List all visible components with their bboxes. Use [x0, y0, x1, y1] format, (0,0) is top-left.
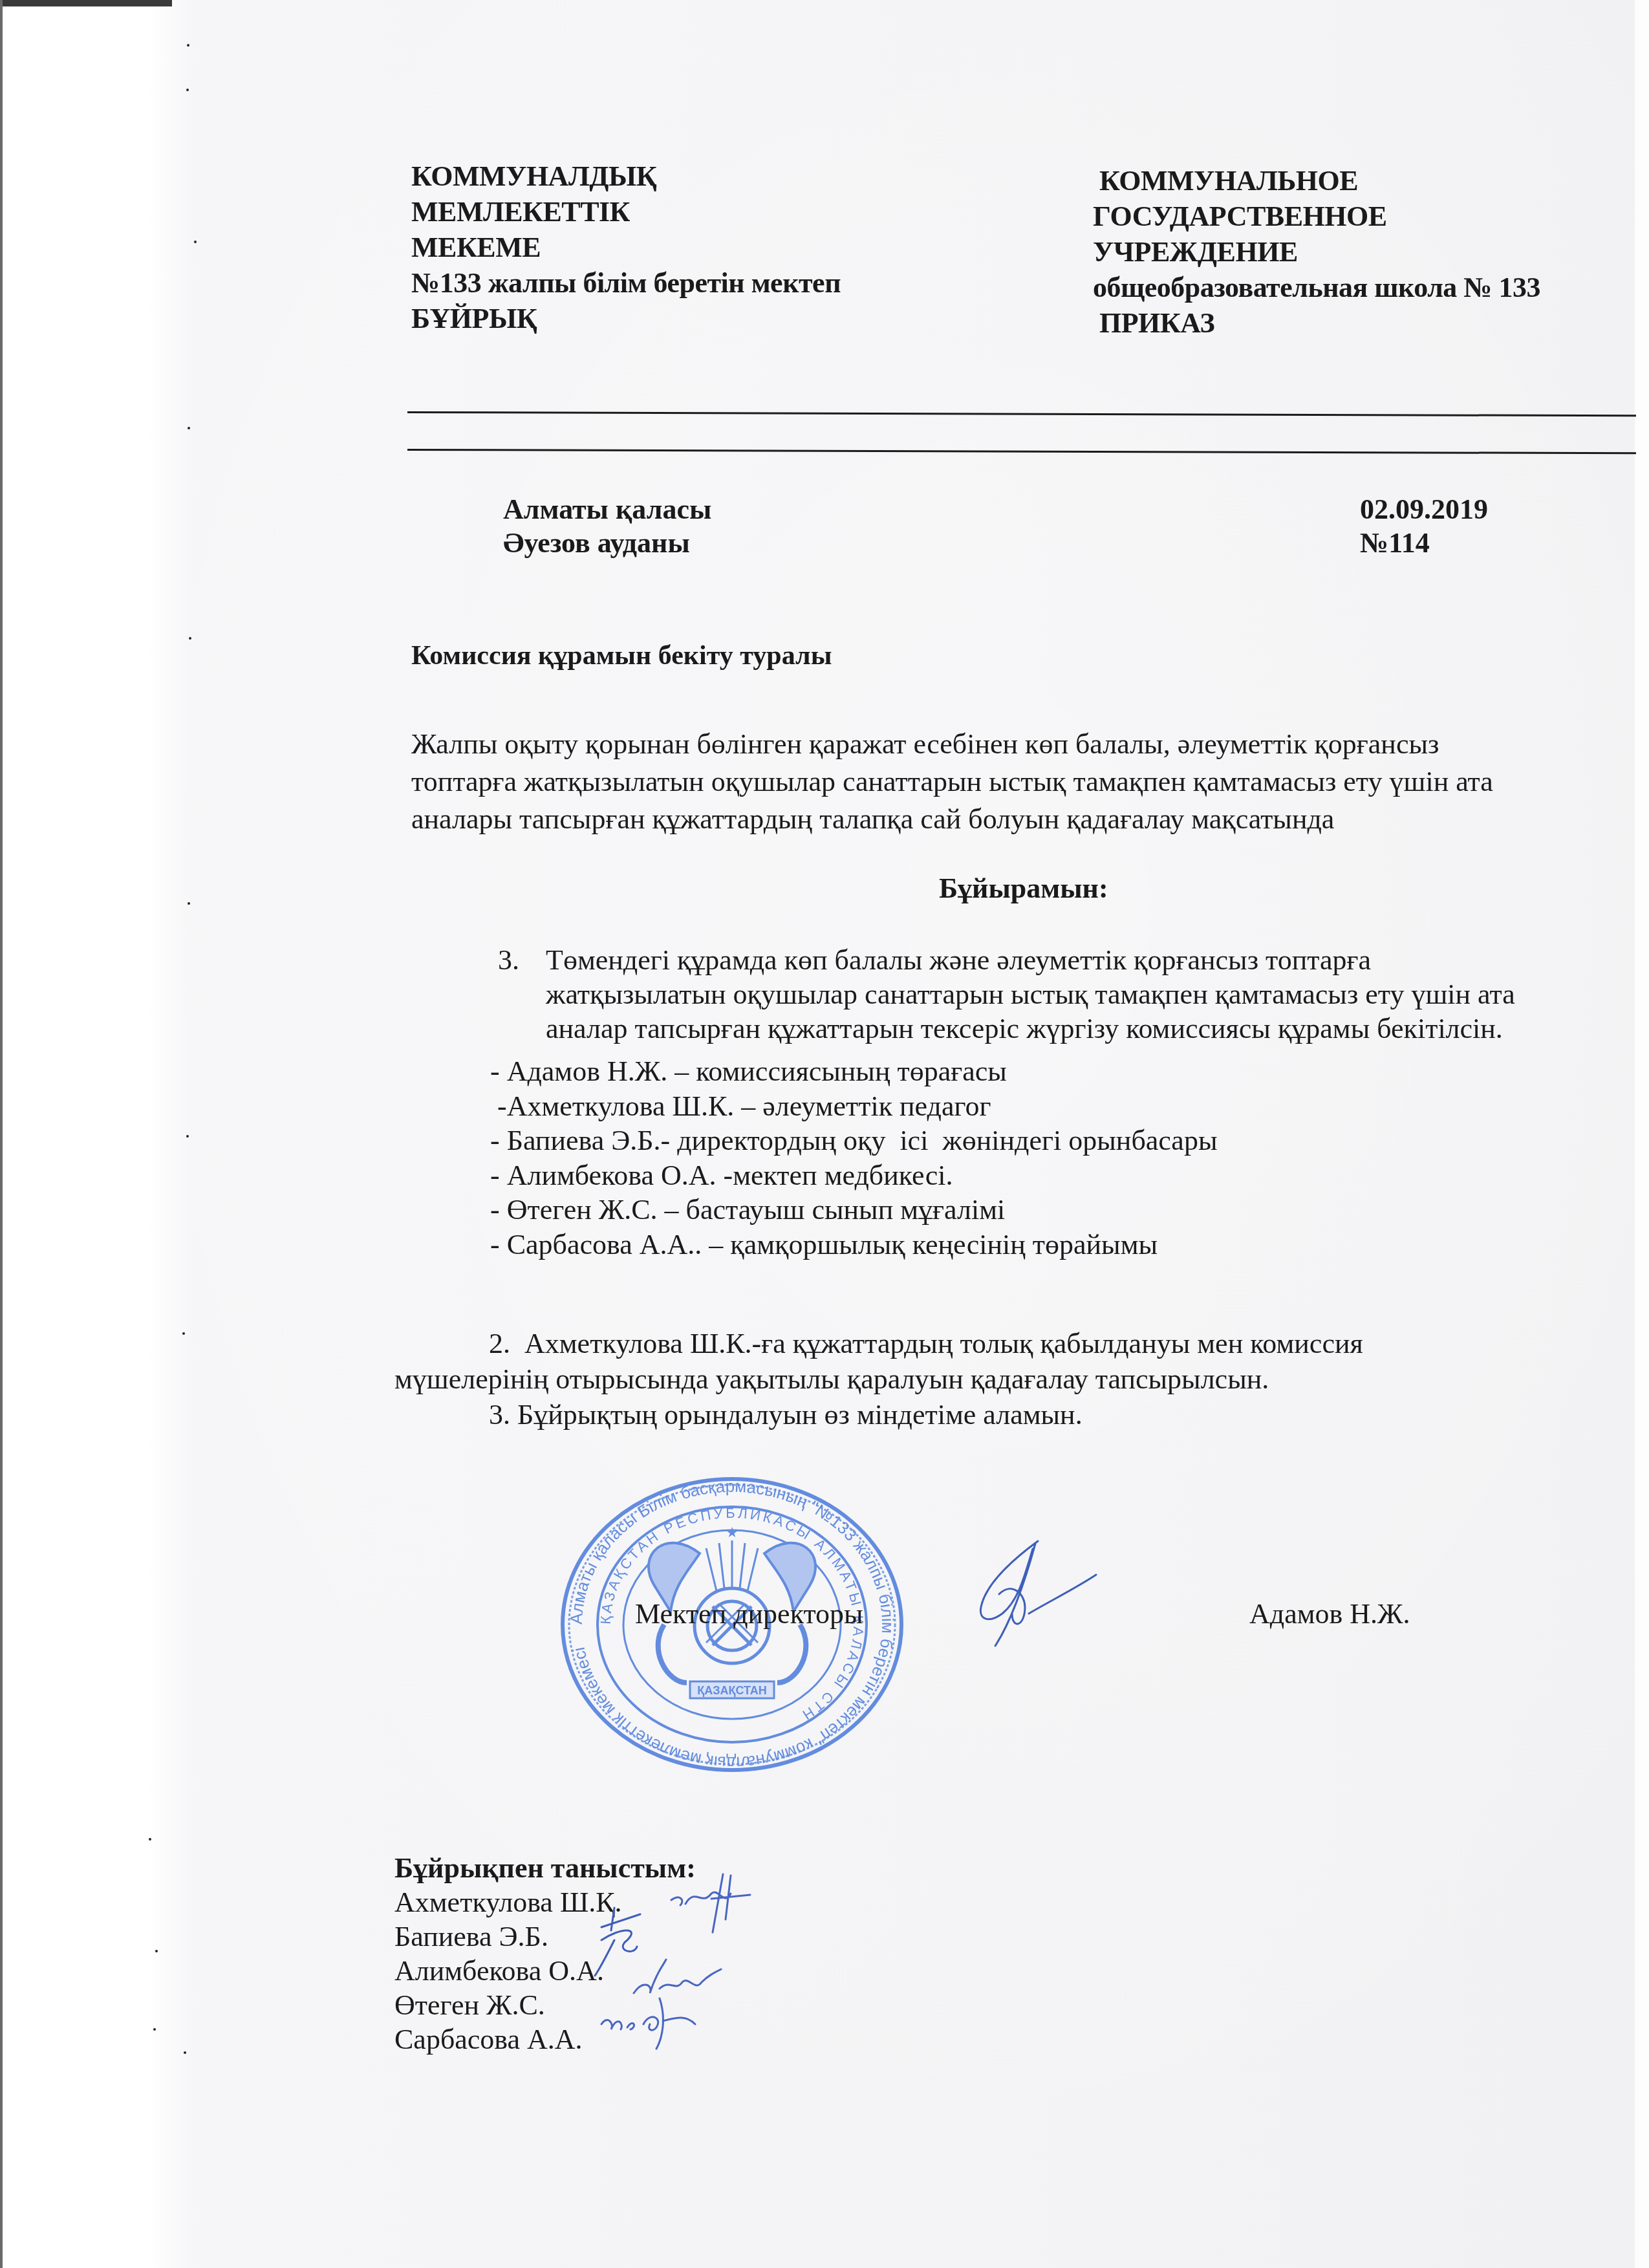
commission-members: - Адамов Н.Ж. – комиссиясының төрағасы -… [490, 1054, 1217, 1262]
scan-speck [186, 1135, 189, 1138]
header-ru-line: УЧРЕЖДЕНИЕ [1093, 234, 1540, 270]
district: Әуезов ауданы [503, 526, 711, 560]
header-kazakh: КОММУНАЛДЫҚ МЕМЛЕКЕТТІК МЕКЕМЕ №133 жалп… [411, 158, 841, 336]
header-kz-line: МЕКЕМЕ [411, 230, 841, 265]
header-ru-line: ГОСУДАРСТВЕННОЕ [1093, 199, 1540, 234]
place-block: Алматы қаласы Әуезов ауданы [503, 493, 711, 560]
order-item-commission: 3. Төмендегі құрамда көп балалы және әле… [498, 943, 1515, 1046]
scan-speck [187, 44, 189, 47]
scan-corner-shadow [0, 0, 172, 6]
header-kz-line: БҰЙРЫҚ [411, 301, 841, 336]
header-ru-line: ПРИКАЗ [1093, 305, 1540, 341]
header-kz-line: КОММУНАЛДЫҚ [411, 158, 841, 194]
item-3-line: 3. Бұйрықтың орындалуын өз міндетіме ала… [394, 1397, 1363, 1432]
order-date: 02.09.2019 [1360, 493, 1488, 526]
scan-speck [189, 637, 191, 640]
scan-speck [184, 2051, 186, 2054]
scan-speck [182, 1332, 185, 1335]
preamble-line: топтарға жатқызылатын оқушылар санаттары… [411, 763, 1493, 801]
scan-edge-right [1635, 0, 1649, 2268]
signatory-role: Мектеп директоры [635, 1597, 863, 1630]
header-russian: КОММУНАЛЬНОЕ ГОСУДАРСТВЕННОЕ УЧРЕЖДЕНИЕ … [1093, 163, 1540, 341]
member-item: - Сарбасова А.А.. – қамқоршылық кеңесіні… [490, 1227, 1217, 1262]
acknowledgement-title: Бұйрықпен таныстым: [394, 1851, 696, 1885]
signatory-name: Адамов Н.Ж. [1249, 1597, 1410, 1630]
scan-speck [188, 427, 190, 429]
member-item: - Алимбекова О.А. -мектеп медбикесі. [490, 1158, 1217, 1193]
city: Алматы қаласы [503, 493, 711, 526]
scan-speck [188, 902, 190, 905]
preamble-line: аналары тапсырған құжаттардың талапқа са… [411, 801, 1493, 838]
item-line: жатқызылатын оқушылар санаттарын ыстық т… [546, 977, 1515, 1011]
header-ru-line: общеобразовательная школа № 133 [1093, 270, 1540, 305]
item-line: Төмендегі құрамда көп балалы және әлеуме… [546, 943, 1515, 977]
item-line: аналар тапсырған құжаттарын тексеріс жүр… [546, 1011, 1515, 1046]
director-signature-icon [973, 1536, 1167, 1665]
svg-text:★: ★ [726, 1524, 738, 1540]
member-item: - Өтеген Ж.С. – бастауыш сынып мұғалімі [490, 1193, 1217, 1227]
preamble: Жалпы оқыту қорынан бөлінген қаражат есе… [411, 726, 1493, 838]
member-item: -Ахметкулова Ш.К. – әлеуметтік педагог [490, 1089, 1217, 1124]
order-meta: 02.09.2019 №114 [1360, 493, 1488, 560]
svg-text:ҚАЗАҚСТАН: ҚАЗАҚСТАН [697, 1684, 767, 1697]
scan-speck [153, 2028, 156, 2031]
order-number: №114 [1360, 526, 1488, 560]
scan-speck [186, 89, 189, 91]
item-2-line: 2. Ахметкулова Ш.К.-ға құжаттардың толық… [394, 1326, 1363, 1361]
header-kz-line: №133 жалпы білім беретін мектеп [411, 265, 841, 301]
member-item: - Бапиева Э.Б.- директордың оқу ісі жөні… [490, 1123, 1217, 1158]
signature-otegen-icon [598, 1992, 702, 2050]
member-item: - Адамов Н.Ж. – комиссиясының төрағасы [490, 1054, 1217, 1089]
scan-speck [155, 1950, 158, 1952]
document-title: Комиссия құрамын бекіту туралы [411, 640, 832, 671]
item-number: 3. [498, 943, 519, 977]
preamble-line: Жалпы оқыту қорынан бөлінген қаражат есе… [411, 726, 1493, 763]
scan-speck [149, 1838, 151, 1841]
signature-akhmetkulova-icon [666, 1868, 757, 1939]
scan-edge-left [0, 0, 3, 2268]
scan-speck [194, 241, 197, 243]
order-heading: Бұйырамын: [939, 872, 1108, 905]
order-items-2-3: 2. Ахметкулова Ш.К.-ға құжаттардың толық… [394, 1326, 1363, 1432]
header-ru-line: КОММУНАЛЬНОЕ [1093, 163, 1540, 199]
item-2-line: мүшелерінің отырысында уақытылы қаралуын… [394, 1361, 1363, 1397]
header-kz-line: МЕМЛЕКЕТТІК [411, 194, 841, 230]
